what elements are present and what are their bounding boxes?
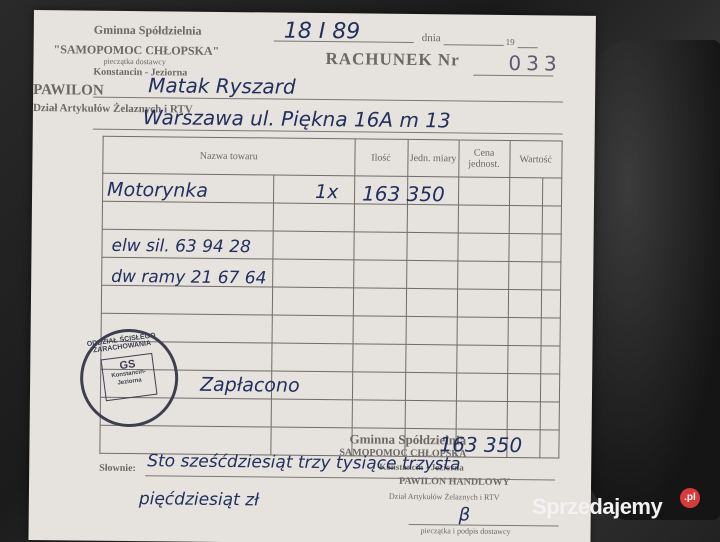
signature-label: pieczątka i podpis dostawcy [421,526,511,536]
stamp-label: pieczątka dostawcy [103,57,166,67]
footer-stamp-5: Dział Artykułów Żelaznych i RTV [389,492,500,502]
col-name: Nazwa towaru [103,136,355,176]
watermark-logo: Sprzedajemy [532,494,662,520]
col-price: Cena jednost. [458,140,509,178]
buyer-address: Warszawa ul. Piękna 16A m 13 [143,105,451,132]
frame-number: dw ramy 21 67 64 [111,267,266,289]
year-label: 19 [506,37,515,47]
buyer-name: Matak Ryszard [148,73,296,99]
cooperative-name: Gminna Spółdzielnia [94,23,202,39]
stamp-ring-text: ODDZIAŁ ŚCISŁEGO ZARACHOWANIA [82,332,161,356]
col-qty: Ilość [354,139,407,177]
paid-note: Zapłacono [200,374,300,397]
date-label: dnia [422,32,441,44]
col-value: Wartość [509,140,562,178]
slownie-line-1: Sto sześćdziesiąt trzy tysiące trzysta [147,451,460,474]
signature: β [459,504,471,525]
slownie-label: Słownie: [99,463,136,474]
receipt-paper: Gminna Spółdzielnia "SAMOPOMOC CHŁOPSKA"… [28,10,596,542]
col-unit: Jedn. miary [407,139,458,177]
item-qty-1: 1x [315,181,339,203]
receipt-number: 033 [508,51,561,76]
stamp-center: GS Konstancin-Jeziorna [101,353,158,401]
item-price-1: 163 350 [362,181,445,206]
document-title: RACHUNEK Nr [325,49,459,70]
total-amount: 163 350 [439,432,522,457]
watermark-badge: .pl [680,488,700,508]
engine-number: elw sil. 63 94 28 [111,236,251,257]
item-name-1: Motorynka [107,179,208,202]
slownie-line-2: pięćdziesiąt zł [139,489,259,510]
